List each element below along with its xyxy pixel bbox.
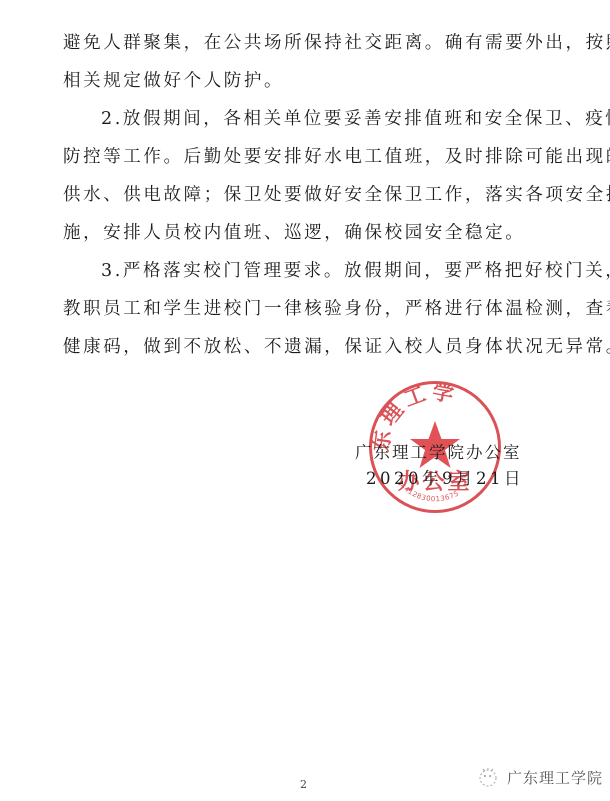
- text-line: 供水、供电故障；保卫处要做好安全保卫工作，落实各项安全措: [63, 176, 553, 214]
- text-line-item-3-start: 3.严格落实校门管理要求。放假期间，要严格把好校门关，: [63, 252, 553, 290]
- text-line: 防控等工作。后勤处要安排好水电工值班，及时排除可能出现的: [63, 138, 553, 176]
- watermark-account-name: 广东理工学院: [507, 767, 603, 788]
- text-line: 避免人群聚集，在公共场所保持社交距离。确有需要外出，按照: [63, 24, 553, 62]
- wechat-watermark: 广东理工学院: [477, 764, 603, 790]
- signing-organization: 广东理工学院办公室: [355, 440, 525, 466]
- text-line-item-2-start: 2.放假期间，各相关单位要妥善安排值班和安全保卫、疫情: [63, 100, 553, 138]
- text-line: 教职员工和学生进校门一律核验身份，严格进行体温检测，查看: [63, 290, 553, 328]
- text-line: 健康码，做到不放松、不遗漏，保证入校人员身体状况无异常。: [63, 328, 553, 366]
- signature-block: 广东理工学院办公室 2020年9月21日: [355, 440, 525, 492]
- text-line: 施，安排人员校内值班、巡逻，确保校园安全稳定。: [63, 214, 553, 252]
- page-number: 2: [300, 778, 307, 791]
- wechat-icon: [477, 766, 499, 788]
- text-line: 相关规定做好个人防护。: [63, 62, 553, 100]
- document-page: 避免人群聚集，在公共场所保持社交距离。确有需要外出，按照 相关规定做好个人防护。…: [0, 0, 610, 801]
- signing-date: 2020年9月21日: [355, 466, 525, 492]
- document-body: 避免人群聚集，在公共场所保持社交距离。确有需要外出，按照 相关规定做好个人防护。…: [63, 24, 553, 366]
